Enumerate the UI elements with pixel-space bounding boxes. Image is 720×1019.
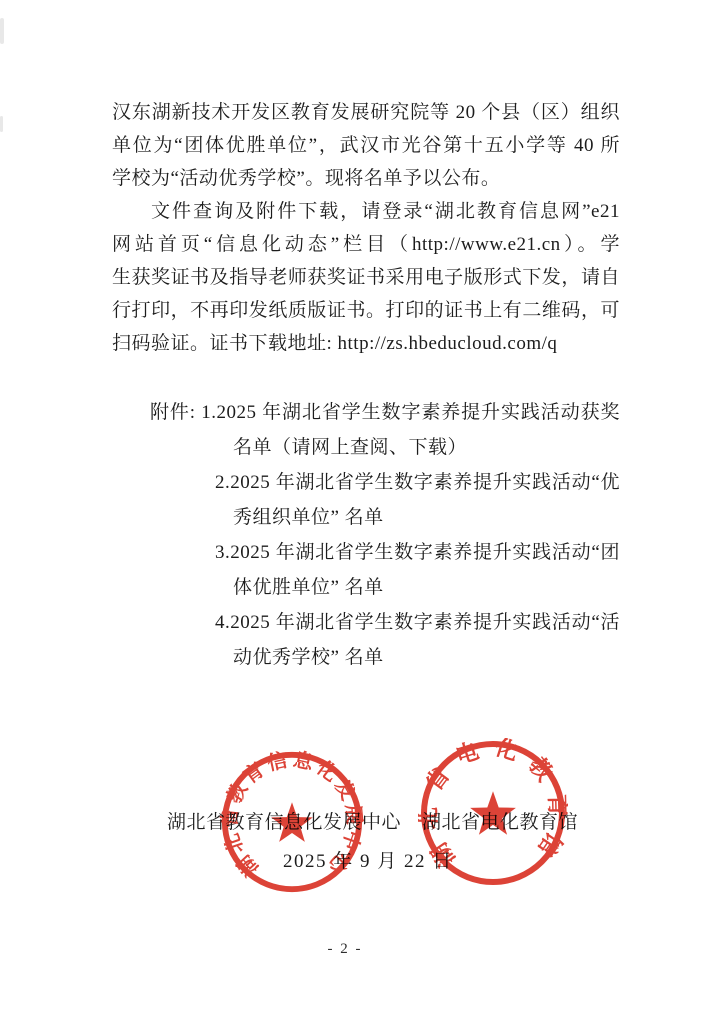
text-line: 文件查询及附件下载，请登录“湖北教育信息网”e21 [112, 195, 620, 228]
attachment-line: 3.2025 年湖北省学生数字素养提升实践活动“团 [112, 535, 620, 570]
text-line: 生获奖证书及指导老师获奖证书采用电子版形式下发，请自 [112, 261, 620, 294]
attachment-line: 名单（请网上查阅、下载） [112, 430, 620, 465]
attachment-line: 秀组织单位” 名单 [112, 500, 620, 535]
document-page: 汉东湖新技术开发区教育发展研究院等 20 个县（区）组织 单位为“团体优胜单位”… [0, 0, 720, 1019]
scan-artifact [0, 116, 3, 132]
attachment-line: 体优胜单位” 名单 [112, 570, 620, 605]
attachment-list: 附件: 1.2025 年湖北省学生数字素养提升实践活动获奖 名单（请网上查阅、下… [112, 395, 620, 675]
star-icon [470, 791, 516, 835]
scan-artifact [0, 18, 4, 44]
attachment-line: 2.2025 年湖北省学生数字素养提升实践活动“优 [112, 465, 620, 500]
text-line: 网站首页“信息化动态”栏目（http://www.e21.cn）。学 [112, 228, 620, 261]
text-line: 学校为“活动优秀学校”。现将名单予以公布。 [112, 162, 620, 195]
official-seal-edu-hall: 湖北省电化教育馆 [418, 738, 568, 888]
body-text: 汉东湖新技术开发区教育发展研究院等 20 个县（区）组织 单位为“团体优胜单位”… [112, 96, 620, 360]
text-line: 行打印，不再印发纸质版证书。打印的证书上有二维码，可 [112, 294, 620, 327]
attachment-line: 动优秀学校” 名单 [112, 640, 620, 675]
official-seal-info-center: 湖北省教育信息化发展中心 [219, 749, 365, 895]
star-icon [271, 802, 313, 842]
text-line: 单位为“团体优胜单位”，武汉市光谷第十五小学等 40 所 [112, 129, 620, 162]
attachment-line: 附件: 1.2025 年湖北省学生数字素养提升实践活动获奖 [112, 395, 620, 430]
text-line: 汉东湖新技术开发区教育发展研究院等 20 个县（区）组织 [112, 96, 620, 129]
page-number: - 2 - [305, 941, 385, 958]
attachment-line: 4.2025 年湖北省学生数字素养提升实践活动“活 [112, 605, 620, 640]
text-line: 扫码验证。证书下载地址: http://zs.hbeducloud.com/q [112, 327, 620, 360]
